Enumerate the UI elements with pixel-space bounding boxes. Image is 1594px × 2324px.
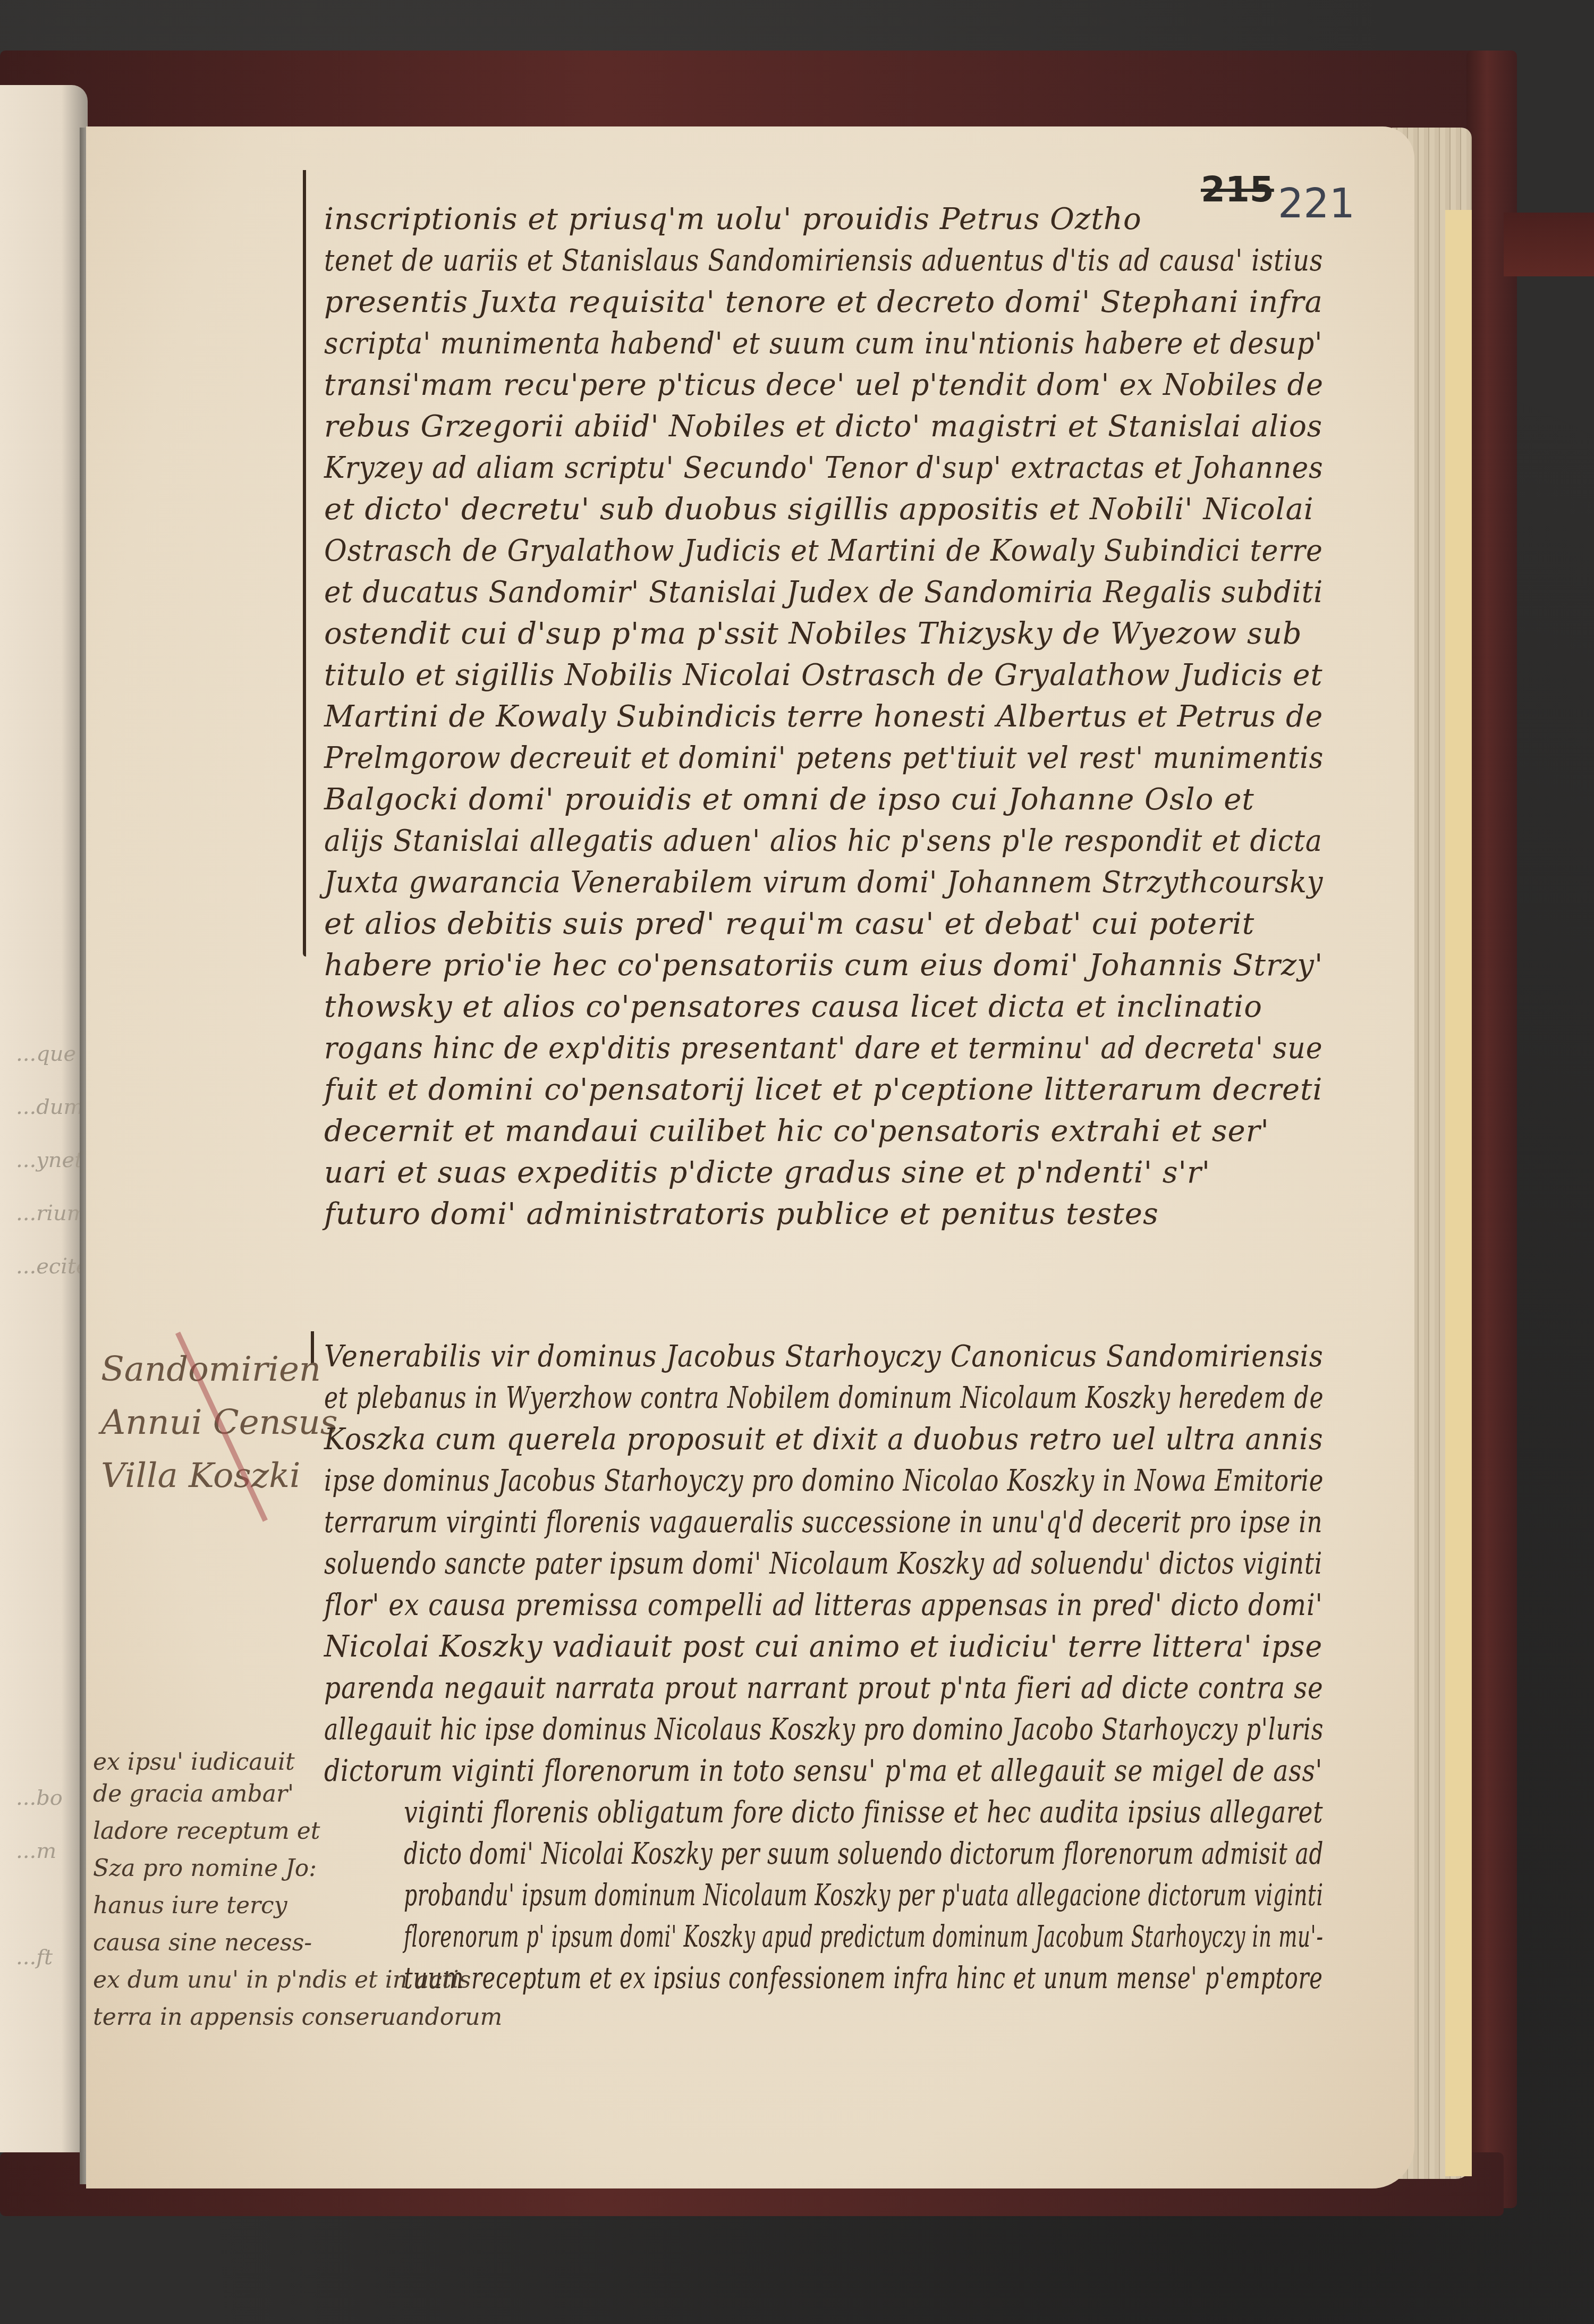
margin-addition-line: terra in appensis conseruandorum	[93, 2004, 502, 2031]
margin-addition-line: Sza pro nomine Jo:	[93, 1855, 317, 1882]
text-line: tenet de uariis et Stanislaus Sandomirie…	[324, 243, 1323, 278]
binding-clasp	[1504, 213, 1594, 276]
text-line: ipse dominus Jacobus Starhoyczy pro domi…	[324, 1464, 1324, 1498]
text-line: dictorum viginti florenorum in toto sens…	[324, 1754, 1322, 1788]
margin-addition-line: ex ipsu' iudicauit	[93, 1748, 295, 1776]
facing-page-fragment: ...m	[16, 1839, 56, 1863]
text-line: fuit et domini co'pensatorij licet et p'…	[324, 1072, 1322, 1107]
text-line: Kryzey ad aliam scriptu' Secundo' Tenor …	[324, 451, 1324, 485]
text-line: parenda negauit narrata prout narrant pr…	[324, 1671, 1324, 1705]
facing-page-fragment: ...ecite	[16, 1254, 88, 1279]
paragraph-bracket	[303, 170, 306, 957]
text-line: Ostrasch de Gryalathow Judicis et Martin…	[324, 534, 1323, 568]
text-line: dicto domi' Nicolai Koszky per suum solu…	[404, 1837, 1324, 1871]
text-line: allegauit hic ipse dominus Nicolaus Kosz…	[324, 1712, 1324, 1747]
text-line: viginti florenis obligatum fore dicto fi…	[404, 1795, 1323, 1830]
text-line: Martini de Kowaly Subindicis terre hones…	[324, 699, 1323, 734]
text-line: thowsky et alios co'pensatores causa lic…	[324, 990, 1262, 1024]
text-line: et dicto' decretu' sub duobus sigillis a…	[324, 492, 1314, 527]
facing-page-fragment: ...dum	[16, 1095, 83, 1119]
binding-right	[1466, 50, 1517, 2208]
text-line: et plebanus in Wyerzhow contra Nobilem d…	[324, 1381, 1324, 1415]
text-line: rebus Grzegorii abiid' Nobiles et dicto'…	[324, 409, 1322, 444]
text-line: ostendit cui d'sup p'ma p'ssit Nobiles T…	[324, 616, 1302, 651]
text-line: et alios debitis suis pred' requi'm casu…	[324, 907, 1254, 941]
text-line: scripta' munimenta habend' et suum cum i…	[324, 326, 1322, 361]
margin-addition-line: ex dum unu' in p'ndis et in actis	[93, 1966, 471, 1993]
gutter	[80, 128, 86, 2184]
text-line: probandu' ipsum dominum Nicolaum Koszky …	[404, 1878, 1324, 1913]
margin-heading: Sandomirien	[101, 1350, 321, 1389]
text-line: decernit et mandaui cuilibet hic co'pens…	[324, 1114, 1269, 1148]
facing-page-fragment: ...ft	[16, 1945, 53, 1970]
text-line: titulo et sigillis Nobilis Nicolai Ostra…	[324, 658, 1323, 692]
margin-heading: Villa Koszki	[101, 1456, 300, 1495]
text-line: Balgocki domi' prouidis et omni de ipso …	[324, 782, 1254, 817]
facing-page-fragment: ...que	[16, 1042, 76, 1066]
endpaper-edge	[1445, 210, 1472, 2176]
facing-page-fragment: ...bo	[16, 1786, 63, 1810]
text-line: presentis Juxta requisita' tenore et dec…	[324, 285, 1323, 319]
text-line: Koszka cum querela proposuit et dixit a …	[324, 1422, 1323, 1457]
text-line: flor' ex causa premissa compelli ad litt…	[324, 1588, 1323, 1622]
text-line: transi'mam recu'pere p'ticus dece' uel p…	[324, 368, 1324, 402]
text-line: Nicolai Koszky vadiauit post cui animo e…	[324, 1629, 1322, 1664]
text-line: tuum receptum et ex ipsius confessionem …	[404, 1961, 1323, 1996]
text-line: uari et suas expeditis p'dicte gradus si…	[324, 1155, 1210, 1190]
text-line: Juxta gwarancia Venerabilem virum domi' …	[324, 865, 1323, 900]
binding-top	[0, 50, 1504, 130]
text-line: alijs Stanislai allegatis aduen' alios h…	[324, 824, 1322, 858]
text-line: soluendo sancte pater ipsum domi' Nicola…	[324, 1546, 1322, 1581]
margin-addition-line: causa sine necess-	[93, 1929, 312, 1956]
facing-page-fragment: ...rium	[16, 1201, 87, 1226]
folio-number-old: 215	[1201, 169, 1274, 210]
margin-addition-line: ladore receptum et	[93, 1818, 320, 1845]
text-line: inscriptionis et priusq'm uolu' prouidis…	[324, 202, 1142, 236]
facing-page: ...que ...dum ...ynet ...rium ...ecite .…	[0, 85, 88, 2152]
text-line: terrarum virginti florenis vagaueralis s…	[324, 1505, 1322, 1540]
text-line: florenorum p' ipsum domi' Koszky apud pr…	[404, 1920, 1324, 1954]
text-line: habere prio'ie hec co'pensatoriis cum ei…	[324, 948, 1323, 983]
text-line: rogans hinc de exp'ditis presentant' dar…	[324, 1031, 1323, 1066]
folio-number-new: 221	[1278, 180, 1355, 227]
text-line: Prelmgorow decreuit et domini' petens pe…	[324, 741, 1324, 775]
margin-addition-line: de gracia ambar'	[93, 1780, 294, 1807]
margin-addition-line: hanus iure tercy	[93, 1892, 287, 1919]
facing-page-fragment: ...ynet	[16, 1148, 83, 1172]
text-line: et ducatus Sandomir' Stanislai Judex de …	[324, 575, 1323, 610]
text-line: Venerabilis vir dominus Jacobus Starhoyc…	[324, 1339, 1324, 1374]
text-line: futuro domi' administratoris publice et …	[324, 1197, 1159, 1231]
